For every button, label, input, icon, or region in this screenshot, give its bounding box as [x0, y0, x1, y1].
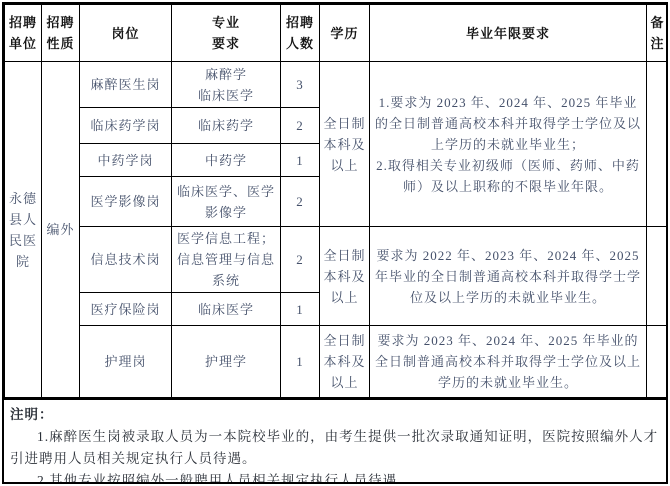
count-cell: 2 [281, 177, 320, 227]
position-cell: 护理岗 [80, 326, 172, 398]
header-row: 招聘 单位 招聘 性质 岗位 专业 要求 招聘 人数 学历 毕业年限要求 备 注 [5, 5, 669, 62]
col-header-unit: 招聘 单位 [5, 5, 42, 62]
remark-cell-group3 [647, 326, 669, 398]
count-cell: 2 [281, 227, 320, 293]
col-header-position: 岗位 [80, 5, 172, 62]
position-cell: 临床药学岗 [80, 108, 172, 144]
notes-title: 注明： [10, 404, 660, 426]
major-cell: 护理学 [172, 326, 281, 398]
recruitment-table: 招聘 单位 招聘 性质 岗位 专业 要求 招聘 人数 学历 毕业年限要求 备 注… [4, 4, 668, 398]
position-cell: 医疗保险岗 [80, 293, 172, 326]
requirement-cell-group2: 要求为 2022 年、2023 年、2024 年、2025 年毕业的全日制普通高… [370, 227, 647, 326]
requirement-cell-group3: 要求为 2023 年、2024 年、2025 年毕业的全日制普通高校本科并取得学… [370, 326, 647, 398]
education-cell-group2: 全日制本科及以上 [320, 227, 370, 326]
major-cell: 麻醉学 临床医学 [172, 62, 281, 108]
col-header-count: 招聘 人数 [281, 5, 320, 62]
col-header-grad-requirement: 毕业年限要求 [370, 5, 647, 62]
note-item-1: 1.麻醉医生岗被录取人员为一本院校毕业的，由考生提供一批次录取通知证明，医院按照… [10, 426, 660, 470]
major-cell: 临床医学 [172, 293, 281, 326]
unit-cell: 永德县人民医院 [5, 62, 42, 398]
col-header-remark: 备 注 [647, 5, 669, 62]
count-cell: 1 [281, 326, 320, 398]
table-row: 永德县人民医院 编外 麻醉医生岗 麻醉学 临床医学 3 全日制本科及以上 1.要… [5, 62, 669, 108]
major-cell: 临床药学 [172, 108, 281, 144]
nature-cell: 编外 [42, 62, 80, 398]
col-header-education: 学历 [320, 5, 370, 62]
count-cell: 3 [281, 62, 320, 108]
position-cell: 信息技术岗 [80, 227, 172, 293]
table-row: 护理岗 护理学 1 全日制本科及以上 要求为 2023 年、2024 年、202… [5, 326, 669, 398]
col-header-nature: 招聘 性质 [42, 5, 80, 62]
recruitment-notice-document: 招聘 单位 招聘 性质 岗位 专业 要求 招聘 人数 学历 毕业年限要求 备 注… [2, 2, 668, 484]
major-cell: 临床医学、医学影像学 [172, 177, 281, 227]
col-header-major: 专业 要求 [172, 5, 281, 62]
count-cell: 2 [281, 108, 320, 144]
position-cell: 麻醉医生岗 [80, 62, 172, 108]
remark-cell-group1 [647, 62, 669, 227]
remark-cell-group2 [647, 227, 669, 326]
position-cell: 医学影像岗 [80, 177, 172, 227]
requirement-cell-group1: 1.要求为 2023 年、2024 年、2025 年毕业的全日制普通高校本科并取… [370, 62, 647, 227]
position-cell: 中药学岗 [80, 144, 172, 177]
count-cell: 1 [281, 293, 320, 326]
table-row: 信息技术岗 医学信息工程；信息管理与信息系统 2 全日制本科及以上 要求为 20… [5, 227, 669, 293]
major-cell: 中药学 [172, 144, 281, 177]
education-cell-group3: 全日制本科及以上 [320, 326, 370, 398]
count-cell: 1 [281, 144, 320, 177]
notes-section: 注明： 1.麻醉医生岗被录取人员为一本院校毕业的，由考生提供一批次录取通知证明，… [4, 398, 666, 484]
note-item-2: 2.其他专业按照编外一般聘用人员相关规定执行人员待遇。 [10, 470, 660, 484]
major-cell: 医学信息工程；信息管理与信息系统 [172, 227, 281, 293]
education-cell-group1: 全日制本科及以上 [320, 62, 370, 227]
